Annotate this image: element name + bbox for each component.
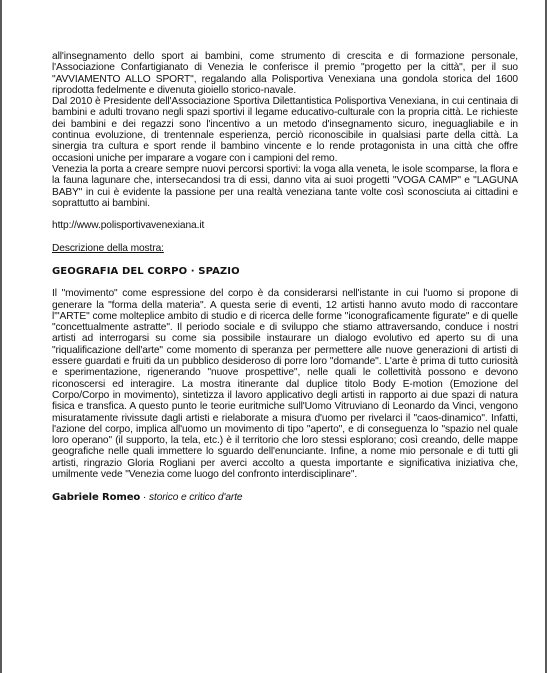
intro-paragraph-presidency: Dal 2010 è Presidente dell'Associazione … [52, 96, 518, 164]
spacer [52, 232, 518, 243]
author-name: Gabriele Romeo [52, 492, 140, 503]
author-role: storico e critico d'arte [149, 492, 243, 503]
exhibition-description: Il "movimento" come espressione del corp… [52, 288, 518, 480]
website-url: http://www.polisportivavenexiana.it [52, 220, 518, 231]
signature-separator: · [140, 492, 149, 503]
document-page: all'insegnamento dello sport ai bambini,… [0, 0, 547, 673]
exhibition-title: GEOGRAFIA DEL CORPO · SPAZIO [52, 266, 518, 277]
spacer [52, 277, 518, 288]
signature: Gabriele Romeo · storico e critico d'art… [52, 492, 518, 503]
intro-paragraph-projects: Venezia la porta a creare sempre nuovi p… [52, 164, 518, 209]
document-body: all'insegnamento dello sport ai bambini,… [52, 51, 518, 503]
intro-paragraph-award: all'insegnamento dello sport ai bambini,… [52, 51, 518, 96]
spacer [52, 254, 518, 265]
spacer [52, 209, 518, 220]
section-label: Descrizione della mostra: [52, 243, 518, 254]
spacer [52, 480, 518, 491]
